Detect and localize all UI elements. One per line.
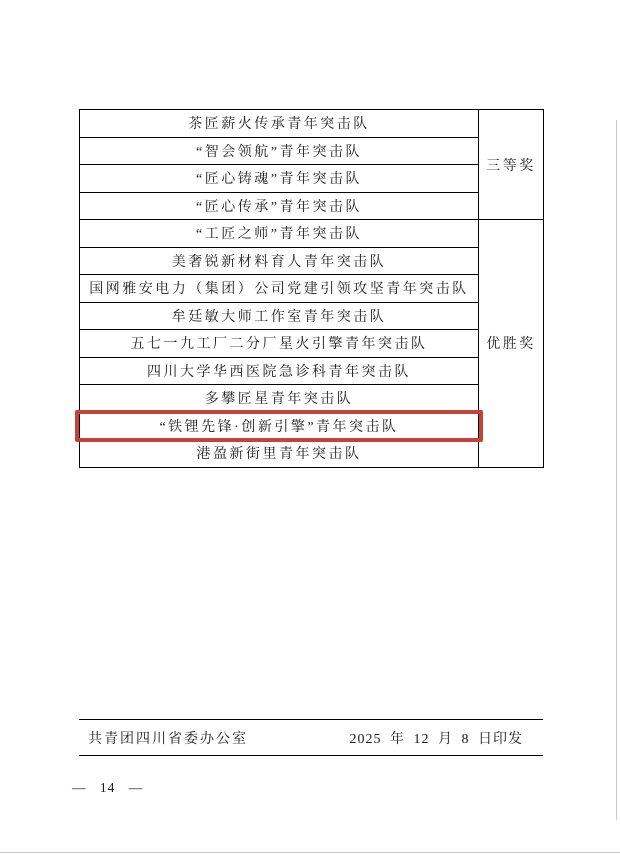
team-cell: 多攀匠星青年突击队 [80,385,479,413]
awards-table-body: 茶匠薪火传承青年突击队三等奖“智会领航”青年突击队“匠心铸魂”青年突击队“匠心传… [80,110,544,468]
page-number: — 14 — [72,780,143,796]
table-row: “匠心铸魂”青年突击队 [80,165,544,193]
award-cell: 三等奖 [479,110,544,220]
award-cell: 优胜奖 [479,220,544,468]
team-cell: 五七一九工厂二分厂星火引擎青年突击队 [80,330,479,358]
table-row: 港盈新街里青年突击队 [80,440,544,468]
table-row: 茶匠薪火传承青年突击队三等奖 [80,110,544,138]
team-cell: 美奢锐新材料育人青年突击队 [80,247,479,275]
team-cell: 国网雅安电力（集团）公司党建引领攻坚青年突击队 [80,275,479,303]
team-cell: 牟廷敏大师工作室青年突击队 [80,302,479,330]
table-row: “工匠之师”青年突击队优胜奖 [80,220,544,248]
print-date: 2025 年 12 月 8 日印发 [350,728,524,748]
table-row: 五七一九工厂二分厂星火引擎青年突击队 [80,330,544,358]
table-row: “匠心传承”青年突击队 [80,192,544,220]
issuing-office: 共青团四川省委办公室 [88,728,248,748]
table-row: 美奢锐新材料育人青年突击队 [80,247,544,275]
awards-table-wrap: 茶匠薪火传承青年突击队三等奖“智会领航”青年突击队“匠心铸魂”青年突击队“匠心传… [79,109,543,468]
table-row: 多攀匠星青年突击队 [80,385,544,413]
team-cell: 港盈新街里青年突击队 [80,440,479,468]
team-cell: “匠心传承”青年突击队 [80,192,479,220]
team-cell: “工匠之师”青年突击队 [80,220,479,248]
imprint-footer: 共青团四川省委办公室 2025 年 12 月 8 日印发 [79,719,543,756]
table-row: 四川大学华西医院急诊科青年突击队 [80,357,544,385]
scan-edge-bottom [0,852,620,853]
team-cell: 茶匠薪火传承青年突击队 [80,110,479,138]
team-cell[interactable]: “铁锂先锋·创新引擎”青年突击队 [80,412,479,440]
scan-edge-right [616,120,617,820]
table-row: 牟廷敏大师工作室青年突击队 [80,302,544,330]
team-cell: “匠心铸魂”青年突击队 [80,165,479,193]
document-page: 茶匠薪火传承青年突击队三等奖“智会领航”青年突击队“匠心铸魂”青年突击队“匠心传… [0,0,620,854]
table-row: 国网雅安电力（集团）公司党建引领攻坚青年突击队 [80,275,544,303]
team-cell: 四川大学华西医院急诊科青年突击队 [80,357,479,385]
table-row: “铁锂先锋·创新引擎”青年突击队 [80,412,544,440]
awards-table: 茶匠薪火传承青年突击队三等奖“智会领航”青年突击队“匠心铸魂”青年突击队“匠心传… [79,109,544,468]
table-row: “智会领航”青年突击队 [80,137,544,165]
team-cell: “智会领航”青年突击队 [80,137,479,165]
highlight-box [75,410,483,443]
